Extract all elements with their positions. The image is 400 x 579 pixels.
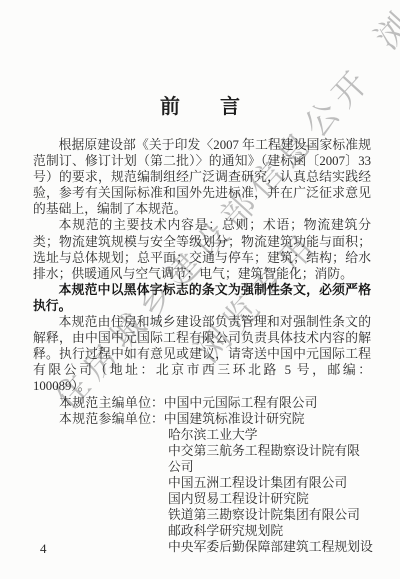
participating-editor-colon: ： [151,412,164,426]
participating-unit: 中交第三航务工程勘察设计院有限 [168,443,371,459]
paragraph-basis: 根据原建设部《关于印发〈2007 年工程建设国家标准规范制订、修订计划（第二批）… [33,137,371,217]
watermark-corner-fragment: 浏览 [363,0,400,58]
participating-unit: 铁道第三勘察设计院集团有限公司 [168,507,371,523]
document-page: 住房城乡建设部信息公开 浏览专用 浏览 前 言 根据原建设部《关于印发〈2007… [0,0,400,579]
participating-unit: 国内贸易工程设计研究院 [168,491,371,507]
paragraph-mandatory-clause: 本规范中以黑体字标志的条文为强制性条文，必须严格执行。 [33,282,371,314]
chief-editor-colon: ： [151,396,164,410]
page-number: 4 [40,541,47,557]
participating-unit: 邮政科学研究规划院 [168,523,371,539]
participating-unit: 中国建筑标准设计研究院 [164,412,305,426]
page-title: 前 言 [0,90,400,119]
paragraph-management: 本规范由住房和城乡建设部负责管理和对强制性条文的解释，由中国中元国际工程有限公司… [33,314,371,394]
chief-editor-line: 本规范主编单位：中国中元国际工程有限公司 [33,395,371,411]
chief-editor-label: 本规范主编单位 [59,395,151,411]
participating-editor-line: 本规范参编单位：中国建筑标准设计研究院 [33,411,371,427]
participating-unit: 哈尔滨工业大学 [168,427,371,443]
participating-editor-label: 本规范参编单位 [59,411,151,427]
participating-unit-truncated: 中央军委后勤保障部建筑工程规划设 [168,539,371,555]
paragraph-contents: 本规范的主要技术内容是：总则；术语；物流建筑分类；物流建筑规模与安全等级划分；物… [33,217,371,281]
participating-unit-wrap: 公司 [168,459,371,475]
chief-editor-unit: 中国中元国际工程有限公司 [164,396,318,410]
body-text: 根据原建设部《关于印发〈2007 年工程建设国家标准规范制订、修订计划（第二批）… [33,137,371,555]
participating-unit: 中国五洲工程设计集团有限公司 [168,475,371,491]
